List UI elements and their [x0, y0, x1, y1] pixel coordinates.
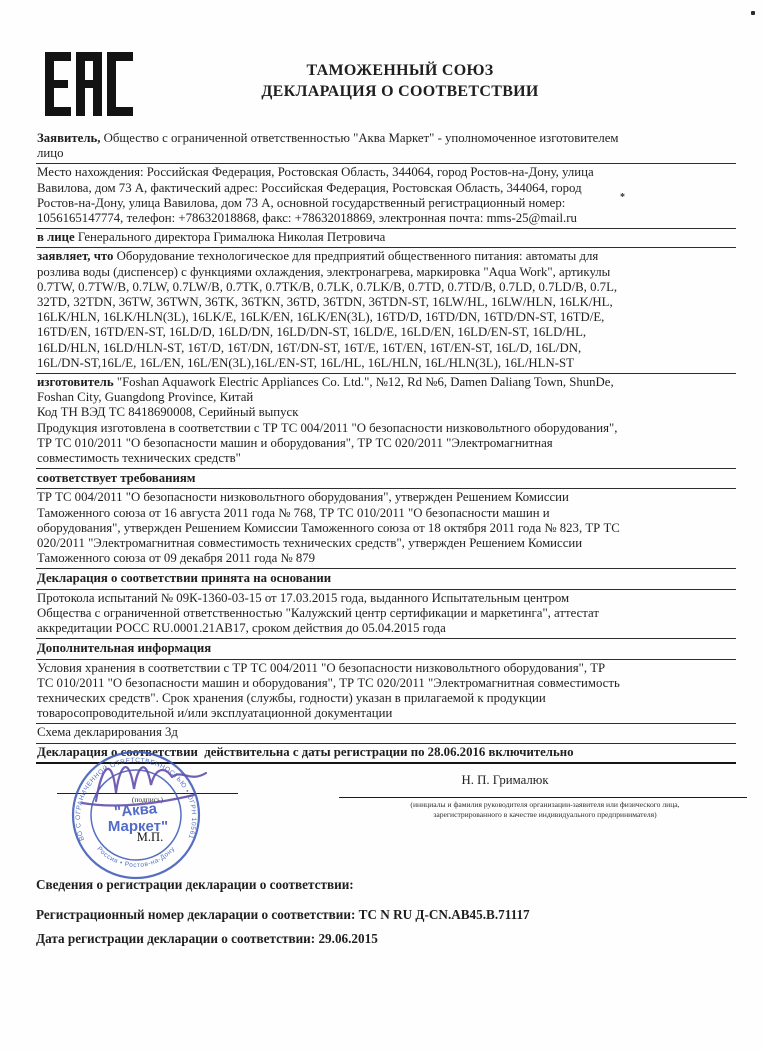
declaration-sheet: ТАМОЖЕННЫЙ СОЮЗ ДЕКЛАРАЦИЯ О СООТВЕТСТВИ…	[0, 0, 763, 1050]
registration-heading: Сведения о регистрации декларации о соот…	[36, 877, 530, 893]
name-caption-line1: (инициалы и фамилия руководителя организ…	[360, 800, 730, 810]
document-title: ТАМОЖЕННЫЙ СОЮЗ ДЕКЛАРАЦИЯ О СООТВЕТСТВИ…	[110, 60, 690, 102]
represented-by-row: в лице Генерального директора Грималюка …	[36, 229, 736, 248]
basis-row: Протокола испытаний № 09К-1360-03-15 от …	[36, 590, 736, 640]
name-line	[339, 797, 747, 798]
represented-by-text: Генерального директора Грималюка Николая…	[75, 230, 386, 244]
location-row: Место нахождения: Российская Федерация, …	[36, 164, 736, 229]
declares-row: заявляет, что Оборудование технологическ…	[36, 248, 736, 374]
meets-requirements-heading: соответствует требованиям	[36, 469, 736, 489]
declares-label: заявляет, что	[37, 249, 113, 263]
additional-info-row: Условия хранения в соответствии с ТР ТС …	[36, 660, 736, 725]
manufacturer-label: изготовитель	[37, 375, 114, 389]
declares-text: Оборудование технологическое для предпри…	[37, 249, 617, 369]
applicant-text: Общество с ограниченной ответственностью…	[37, 131, 619, 160]
location-text: Место нахождения: Российская Федерация, …	[37, 165, 594, 225]
applicant-label: Заявитель,	[37, 131, 100, 145]
title-line-1: ТАМОЖЕННЫЙ СОЮЗ	[110, 60, 690, 81]
registration-date: Дата регистрации декларации о соответств…	[36, 931, 530, 947]
name-caption: (инициалы и фамилия руководителя организ…	[360, 800, 730, 819]
requirements-row: ТР ТС 004/2011 "О безопасности низковоль…	[36, 489, 736, 569]
manufacturer-text: "Foshan Aquawork Electric Appliances Co.…	[37, 375, 617, 465]
applicant-row: Заявитель, Общество с ограниченной ответ…	[36, 130, 736, 164]
represented-by-label: в лице	[37, 230, 75, 244]
ink-dot	[751, 11, 755, 15]
signature-stroke	[48, 743, 258, 818]
stamp-center-line2: Маркет"	[108, 818, 168, 835]
title-line-2: ДЕКЛАРАЦИЯ О СООТВЕТСТВИИ	[110, 81, 690, 102]
signatory-name: Н. П. Грималюк	[340, 773, 670, 788]
additional-info-heading: Дополнительная информация	[36, 639, 736, 659]
basis-heading: Декларация о соответствии принята на осн…	[36, 569, 736, 589]
signature-zone: (подпись) Н. П. Грималюк (инициалы и фам…	[0, 753, 763, 878]
registration-number: Регистрационный номер декларации о соотв…	[36, 907, 530, 923]
declaration-table: Заявитель, Общество с ограниченной ответ…	[36, 130, 736, 764]
manufacturer-row: изготовитель "Foshan Aquawork Electric A…	[36, 374, 736, 469]
name-caption-line2: зарегистрированного в качестве индивидуа…	[360, 810, 730, 820]
registration-block: Сведения о регистрации декларации о соот…	[36, 877, 530, 947]
